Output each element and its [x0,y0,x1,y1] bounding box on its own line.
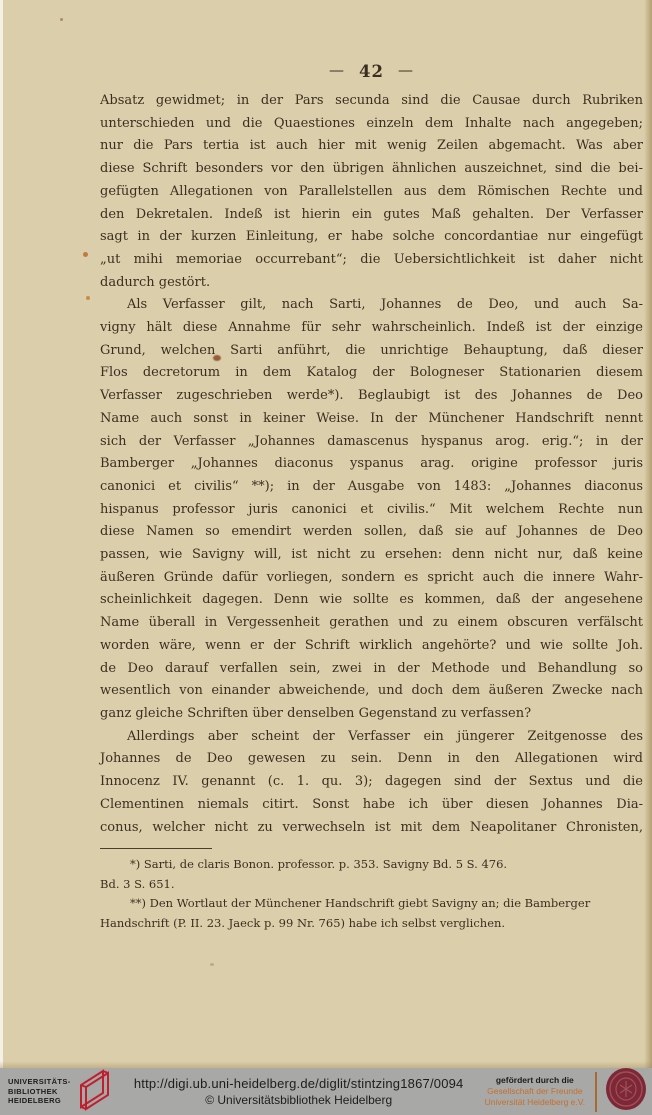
funding-line: Universität Heidelberg e.V. [485,1097,585,1108]
book-gutter-edge [644,0,652,1068]
footnotes: *) Sarti, de claris Bonon. professor. p.… [100,855,643,933]
library-name: UNIVERSITÄTS- BIBLIOTHEK HEIDELBERG [8,1077,71,1106]
text-line: Innocenz IV. genannt (c. 1. qu. 3); dage… [100,771,643,794]
scanned-page: —42— Absatz gewidmet; in der Pars secund… [0,0,652,1068]
text-line: canonici et civilis“ **); in der Ausgabe… [100,476,643,499]
footer-divider [595,1072,597,1112]
paragraph: Als Verfasser gilt, nach Sarti, Johannes… [100,294,643,725]
text-line: sagt in der kurzen Einleitung, er habe s… [100,226,643,249]
page-stain [60,18,63,21]
text-line: Bd. 3 S. 651. [100,875,643,895]
page-number-header: —42— [100,62,643,81]
digitized-book-page: —42— Absatz gewidmet; in der Pars secund… [0,0,652,1115]
footnote-rule [100,848,212,849]
text-line: dadurch gestört. [100,272,643,295]
text-line: de Deo darauf verfallen sein, zwei in de… [100,658,643,681]
text-line: hispanus professor juris canonici et civ… [100,499,643,522]
funding-credit: gefördert durch die Gesellschaft der Fre… [485,1075,585,1108]
library-name-line: UNIVERSITÄTS- [8,1077,71,1087]
text-line: äußeren Gründe dafür vorliegen, sondern … [100,567,643,590]
header-dash-right: — [398,61,414,79]
text-line: unterschieden und die Quaestiones einzel… [100,113,643,136]
ub-heidelberg-books-logo-icon [73,1069,113,1115]
paragraph: Absatz gewidmet; in der Pars secunda sin… [100,90,643,294]
page-number: 42 [359,62,384,81]
text-line: Allerdings aber scheint der Verfasser ei… [100,726,643,749]
text-line: conus, welcher nicht zu verwechseln ist … [100,817,643,840]
university-seal-icon [603,1067,649,1115]
text-line: **) Den Wortlaut der Münchener Handschri… [100,894,643,914]
text-line: Verfasser zugeschrieben werde*). Beglaub… [100,385,643,408]
text-block: Absatz gewidmet; in der Pars secunda sin… [100,90,643,934]
text-line: Flos decretorum in dem Katalog der Bolog… [100,362,643,385]
paragraph: **) Den Wortlaut der Münchener Handschri… [100,894,643,933]
text-line: nur die Pars tertia ist auch hier mit we… [100,135,643,158]
library-name-line: BIBLIOTHEK [8,1087,71,1097]
footer-branding-bar: UNIVERSITÄTS- BIBLIOTHEK HEIDELBERG http… [0,1068,652,1115]
paragraph: *) Sarti, de claris Bonon. professor. p.… [100,855,643,894]
text-line: Name überall in Vergessenheit gerathen u… [100,612,643,635]
funding-line: gefördert durch die [485,1075,585,1086]
text-line: Name auch sonst in keiner Weise. In der … [100,408,643,431]
text-line: wesentlich von einander abweichende, und… [100,680,643,703]
text-line: Als Verfasser gilt, nach Sarti, Johannes… [100,294,643,317]
text-line: Handschrift (P. II. 23. Jaeck p. 99 Nr. … [100,914,643,934]
text-line: diese Namen so emendirt werden sollen, d… [100,521,643,544]
text-line: gefügten Allegationen von Parallelstelle… [100,181,643,204]
funding-line: Gesellschaft der Freunde [485,1086,585,1097]
text-line: passen, wie Savigny will, ist nicht zu e… [100,544,643,567]
page-stain [83,252,88,257]
text-line: „ut mihi memoriae occurrebant“; die Uebe… [100,249,643,272]
text-line: sich der Verfasser „Johannes damascenus … [100,431,643,454]
text-line: worden wäre, wenn er der Schrift wirklic… [100,635,643,658]
library-name-line: HEIDELBERG [8,1096,71,1106]
page-stain [210,963,214,966]
footer-center: http://digi.ub.uni-heidelberg.de/diglit/… [113,1076,485,1107]
text-line: Johannes de Deo gewesen zu sein. Denn in… [100,748,643,771]
body-text: Absatz gewidmet; in der Pars secunda sin… [100,90,643,839]
copyright-notice: © Universitätsbibliothek Heidelberg [205,1093,392,1107]
paragraph: Allerdings aber scheint der Verfasser ei… [100,726,643,840]
page-bottom-shadow [0,1061,652,1068]
persistent-url: http://digi.ub.uni-heidelberg.de/diglit/… [134,1076,464,1091]
text-line: vigny hält diese Annahme für sehr wahrsc… [100,317,643,340]
header-dash-left: — [329,61,345,79]
text-line: Clementinen niemals citirt. Sonst habe i… [100,794,643,817]
text-line: scheinlichkeit dagegen. Denn wie sollte … [100,589,643,612]
text-line: *) Sarti, de claris Bonon. professor. p.… [100,855,643,875]
text-line: Bamberger „Johannes diaconus yspanus ara… [100,453,643,476]
text-line: ganz gleiche Schriften über denselben Ge… [100,703,643,726]
text-line: den Dekretalen. Indeß ist hierin ein gut… [100,204,643,227]
page-left-edge [0,0,3,1068]
page-stain [86,296,90,300]
text-line: Grund, welchen Sarti anführt, die unrich… [100,340,643,363]
text-line: Absatz gewidmet; in der Pars secunda sin… [100,90,643,113]
text-line: diese Schrift besonders vor den übrigen … [100,158,643,181]
